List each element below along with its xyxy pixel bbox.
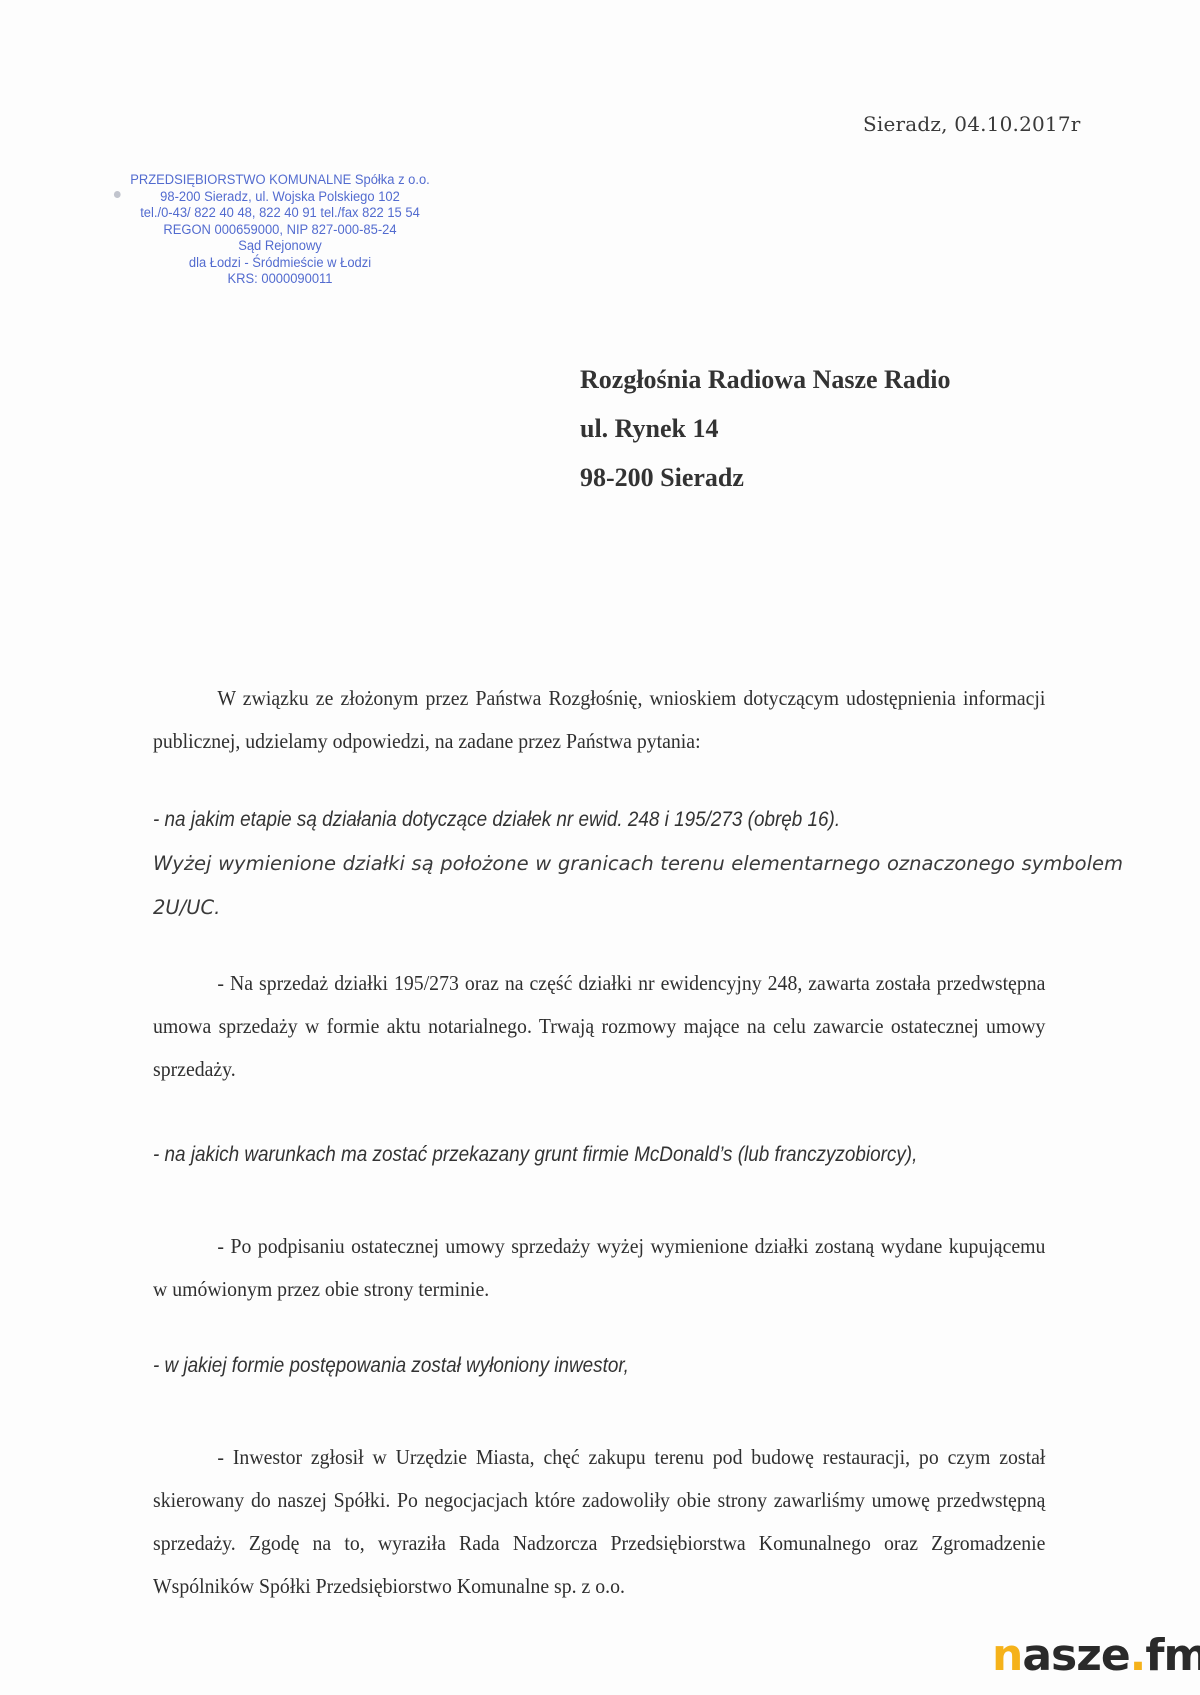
recipient-city: 98-200 Sieradz: [580, 463, 951, 512]
stamp-line: 98-200 Sieradz, ul. Wojska Polskiego 102: [112, 189, 448, 206]
answer-2: - Po podpisaniu ostatecznej umowy sprzed…: [153, 1225, 1045, 1311]
answer-3: - Inwestor zgłosił w Urzędzie Miasta, ch…: [153, 1436, 1045, 1608]
nasze-fm-logo: nasze.fm: [992, 1630, 1200, 1681]
question-1-line-2: Wyżej wymienione działki są położone w g…: [153, 842, 1123, 930]
answer-2-text: - Po podpisaniu ostatecznej umowy sprzed…: [153, 1225, 1045, 1311]
stamp-line: Sąd Rejonowy: [112, 238, 448, 255]
intro-paragraph: W związku ze złożonym przez Państwa Rozg…: [153, 677, 1045, 763]
place-and-date: Sieradz, 04.10.2017r: [863, 112, 1081, 136]
stamp-line: REGON 000659000, NIP 827-000-85-24: [112, 222, 448, 239]
logo-accent-letter: n: [992, 1630, 1022, 1681]
stamp-line: dla Łodzi - Śródmieście w Łodzi: [112, 255, 448, 272]
company-stamp: PRZEDSIĘBIORSTWO KOMUNALNE Spółka z o.o.…: [112, 172, 448, 288]
stamp-dot: [114, 191, 121, 198]
intro-text: W związku ze złożonym przez Państwa Rozg…: [153, 677, 1045, 763]
logo-text-end: fm: [1145, 1630, 1200, 1681]
question-1-line-1: - na jakim etapie są działania dotyczące…: [153, 798, 1026, 842]
question-3: - w jakiej formie postępowania został wy…: [153, 1344, 1026, 1388]
answer-1-text: - Na sprzedaż działki 195/273 oraz na cz…: [153, 962, 1045, 1091]
answer-3-text: - Inwestor zgłosił w Urzędzie Miasta, ch…: [153, 1436, 1045, 1608]
logo-dot: .: [1130, 1630, 1146, 1681]
recipient-street: ul. Rynek 14: [580, 414, 951, 463]
stamp-line: PRZEDSIĘBIORSTWO KOMUNALNE Spółka z o.o.: [112, 172, 448, 189]
question-2: - na jakich warunkach ma zostać przekaza…: [153, 1133, 1026, 1177]
recipient-address: Rozgłośnia Radiowa Nasze Radio ul. Rynek…: [580, 365, 951, 512]
logo-text-main: asze: [1022, 1630, 1129, 1681]
stamp-line: KRS: 0000090011: [112, 271, 448, 288]
stamp-line: tel./0-43/ 822 40 48, 822 40 91 tel./fax…: [112, 205, 448, 222]
answer-1: - Na sprzedaż działki 195/273 oraz na cz…: [153, 962, 1045, 1091]
recipient-name: Rozgłośnia Radiowa Nasze Radio: [580, 365, 951, 414]
